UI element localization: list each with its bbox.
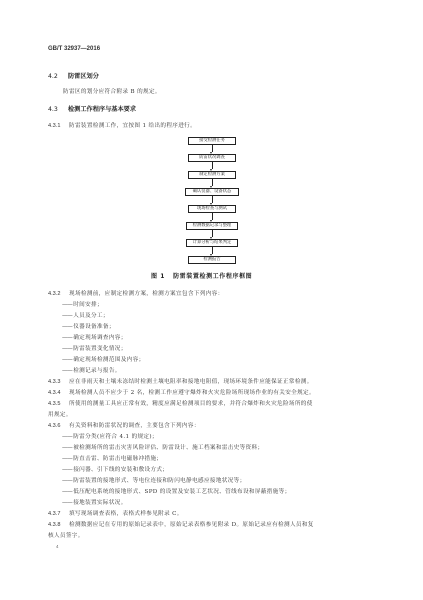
list-item: 接地装置实际状况。 [62, 498, 127, 506]
clause-4-3-2: 4.3.2现场检测前，应制定检测方案，检测方案宜包含下列内容： [48, 289, 224, 297]
clause-number: 4.3.1 [48, 123, 69, 129]
clause-number: 4.3.3 [48, 379, 69, 385]
figure-title: 防雷装置检测工作程序框图 [173, 273, 252, 280]
clause-4-3-5: 4.3.5所使用的测量工具应正常有效，精度应满足检测项目的要求，并符合爆炸和火灾… [48, 399, 313, 407]
clause-text: 防雷装置检测工作，宜按图 1 给出的程序进行。 [69, 123, 196, 129]
clause-4-3-8: 4.3.8检测数据应记在专用的原始记录表中，原始记录表格参见附录 D。原始记录应… [48, 520, 314, 528]
list-item: 人员及分工； [62, 311, 109, 319]
clause-text: 所使用的测量工具应正常有效，精度应满足检测项目的要求，并符合爆炸和火灾危险场所的… [69, 401, 313, 407]
clause-4-3-3: 4.3.3应在非雨天和土壤未冻结时检测土壤电阻率和接地电阻值，现场环境条件应能保… [48, 377, 313, 385]
list-item: 低压配电系统的接地形式、SPD 的设置及安装工艺状况、管线布设和屏蔽措施等； [62, 487, 291, 495]
flow-step-5: 现场检查与测试 [188, 205, 236, 213]
figure-number: 图 1 [151, 273, 165, 280]
list-item: 防雷分类(应符合 4.1 的规定)； [62, 432, 158, 440]
list-item: 仪器设备准备； [62, 322, 115, 330]
clause-number: 4.3.2 [48, 291, 69, 297]
clause-4-3-8-continuation: 核人员签字。 [48, 531, 84, 539]
clause-text: 现场检测前，应制定检测方案，检测方案宜包含下列内容： [69, 291, 224, 297]
clause-4-3-1: 4.3.1防雷装置检测工作，宜按图 1 给出的程序进行。 [48, 121, 196, 129]
flow-step-1: 接受检测任务 [188, 137, 236, 145]
flow-step-3: 制定检测方案 [188, 171, 236, 179]
section-title: 检测工作程序与基本要求 [68, 106, 136, 113]
section-4-2-body: 防雷区的划分应符合附录 B 的规定。 [63, 87, 161, 95]
list-item: 时间安排； [62, 300, 103, 308]
list-item: 防雷装置变化情况； [62, 344, 127, 352]
flow-step-6: 检测数据记录与整理 [186, 222, 238, 230]
page-number: 4 [56, 544, 59, 549]
list-item: 确定现场检测范围及内容； [62, 355, 145, 363]
clause-text: 有关资料和防雷状况的调查，主要包含下列内容： [69, 423, 200, 429]
section-title: 防雷区划分 [68, 73, 99, 80]
section-heading-4-3: 4.3检测工作程序与基本要求 [48, 104, 136, 113]
section-heading-4-2: 4.2防雷区划分 [48, 71, 99, 80]
list-item: 防直击雷、防雷击电磁脉冲措施； [62, 454, 162, 462]
clause-4-3-7: 4.3.7填写现场调查表格，表格式样参见附录 C。 [48, 509, 183, 517]
clause-text: 填写现场调查表格，表格式样参见附录 C。 [69, 511, 183, 517]
clause-4-3-6: 4.3.6有关资料和防雷状况的调查，主要包含下列内容： [48, 421, 200, 429]
flow-step-4: 确认仪器、设备状态 [185, 188, 239, 196]
list-item: 防雷装置的接地形式、等电位连接和防闪电静电感应接地状况等； [62, 476, 246, 484]
clause-number: 4.3.7 [48, 511, 69, 517]
clause-number: 4.3.4 [48, 390, 69, 396]
clause-text: 现场检测人员不应少于 2 名，检测工作应遵守爆炸和火灾危险场所现场作业的有关安全… [69, 390, 315, 396]
clause-text: 应在非雨天和土壤未冻结时检测土壤电阻率和接地电阻值，现场环境条件应能保证正常检测… [69, 379, 313, 385]
section-number: 4.3 [48, 106, 68, 113]
list-item: 确定现场调查内容； [62, 333, 127, 341]
flow-step-2: 防雷状况调查 [188, 154, 236, 162]
clause-number: 4.3.5 [48, 401, 69, 407]
list-item: 被检测场所的雷击灾害风险评估、防雷设计、施工档案和雷击史等资料； [62, 443, 263, 451]
standard-code-header: GB/T 32937—2016 [48, 46, 100, 52]
clause-4-3-4: 4.3.4现场检测人员不应少于 2 名，检测工作应遵守爆炸和火灾危险场所现场作业… [48, 388, 315, 396]
flow-step-8: 检测报告 [188, 256, 236, 264]
clause-text: 检测数据应记在专用的原始记录表中，原始记录表格参见附录 D。原始记录应有检测人员… [69, 522, 314, 528]
clause-number: 4.3.8 [48, 522, 69, 528]
list-item: 检测记录与报告。 [62, 366, 121, 374]
clause-4-3-5-continuation: 用规定。 [48, 410, 72, 418]
section-number: 4.2 [48, 73, 68, 80]
figure-caption: 图 1防雷装置检测工作程序框图 [151, 271, 252, 280]
clause-number: 4.3.6 [48, 423, 69, 429]
list-item: 接闪器、引下线的安装和敷设方式； [62, 465, 168, 473]
flow-step-7: 计算分析与结果判定 [186, 239, 238, 247]
